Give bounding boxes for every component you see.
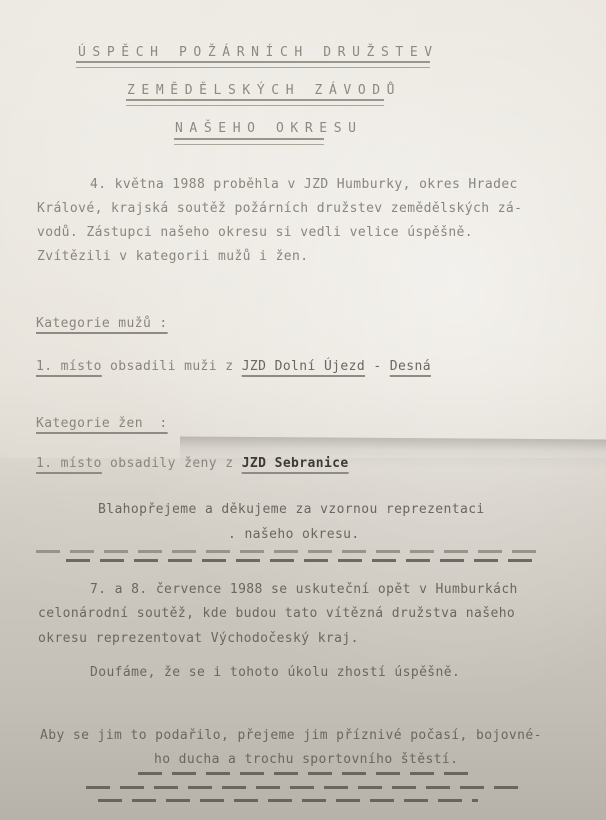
women-place-label: 1. místo (36, 456, 102, 471)
divider-dashes-2b (86, 786, 526, 789)
title-underline-2 (126, 99, 384, 106)
title-line-1: ÚSPĚCH POŽÁRNÍCH DRUŽSTEV (78, 45, 439, 60)
men-result-text: obsadili muži z (102, 359, 242, 374)
divider-dashes-2c (98, 799, 478, 802)
men-team-separator: - (365, 359, 390, 374)
congrats-line-2: . našeho okresu. (228, 527, 360, 542)
men-place-label: 1. místo (36, 359, 102, 374)
women-category-heading: Kategorie žen : (36, 416, 168, 431)
closing-line-1: Aby se jim to podařilo, přejeme jim příz… (40, 728, 542, 743)
followup-line-1: 7. a 8. července 1988 se uskuteční opět … (90, 582, 518, 597)
men-team-name: JZD Dolní Újezd (242, 359, 365, 374)
men-result-line: 1. místo obsadili muži z JZD Dolní Újezd… (36, 359, 431, 374)
women-result-line: 1. místo obsadily ženy z JZD Sebranice (36, 456, 349, 471)
divider-dashes-1a (36, 550, 536, 553)
women-result-text: obsadily ženy z (102, 456, 242, 471)
title-line-3: NAŠEHO OKRESU (175, 121, 363, 136)
intro-line-2: Králové, krajská soutěž požárních družst… (37, 201, 522, 216)
intro-line-3: vodů. Zástupci našeho okresu si vedli ve… (37, 225, 473, 240)
divider-dashes-2a (138, 772, 478, 775)
men-category-heading: Kategorie mužů : (36, 316, 168, 331)
congrats-line-1: Blahopřejeme a děkujeme za vzornou repre… (98, 502, 485, 517)
women-team-name: JZD Sebranice (242, 456, 349, 471)
followup-line-4: Doufáme, že se i tohoto úkolu zhostí úsp… (90, 665, 460, 680)
closing-line-2: ho ducha a trochu sportovního štěstí. (154, 752, 458, 767)
intro-line-4: Zvítězili v kategorii mužů i žen. (37, 249, 308, 264)
intro-line-1: 4. května 1988 proběhla v JZD Humburky, … (90, 177, 518, 192)
title-underline-1 (76, 61, 430, 68)
men-team-location: Desná (390, 359, 431, 374)
followup-line-2: celonárodní soutěž, kde budou tato vítěz… (38, 606, 515, 621)
title-underline-3 (174, 138, 324, 145)
title-line-2: ZEMĚDĚLSKÝCH ZÁVODŮ (127, 83, 401, 98)
divider-dashes-1b (66, 559, 536, 562)
followup-line-3: okresu reprezentovat Východočeský kraj. (38, 631, 359, 646)
